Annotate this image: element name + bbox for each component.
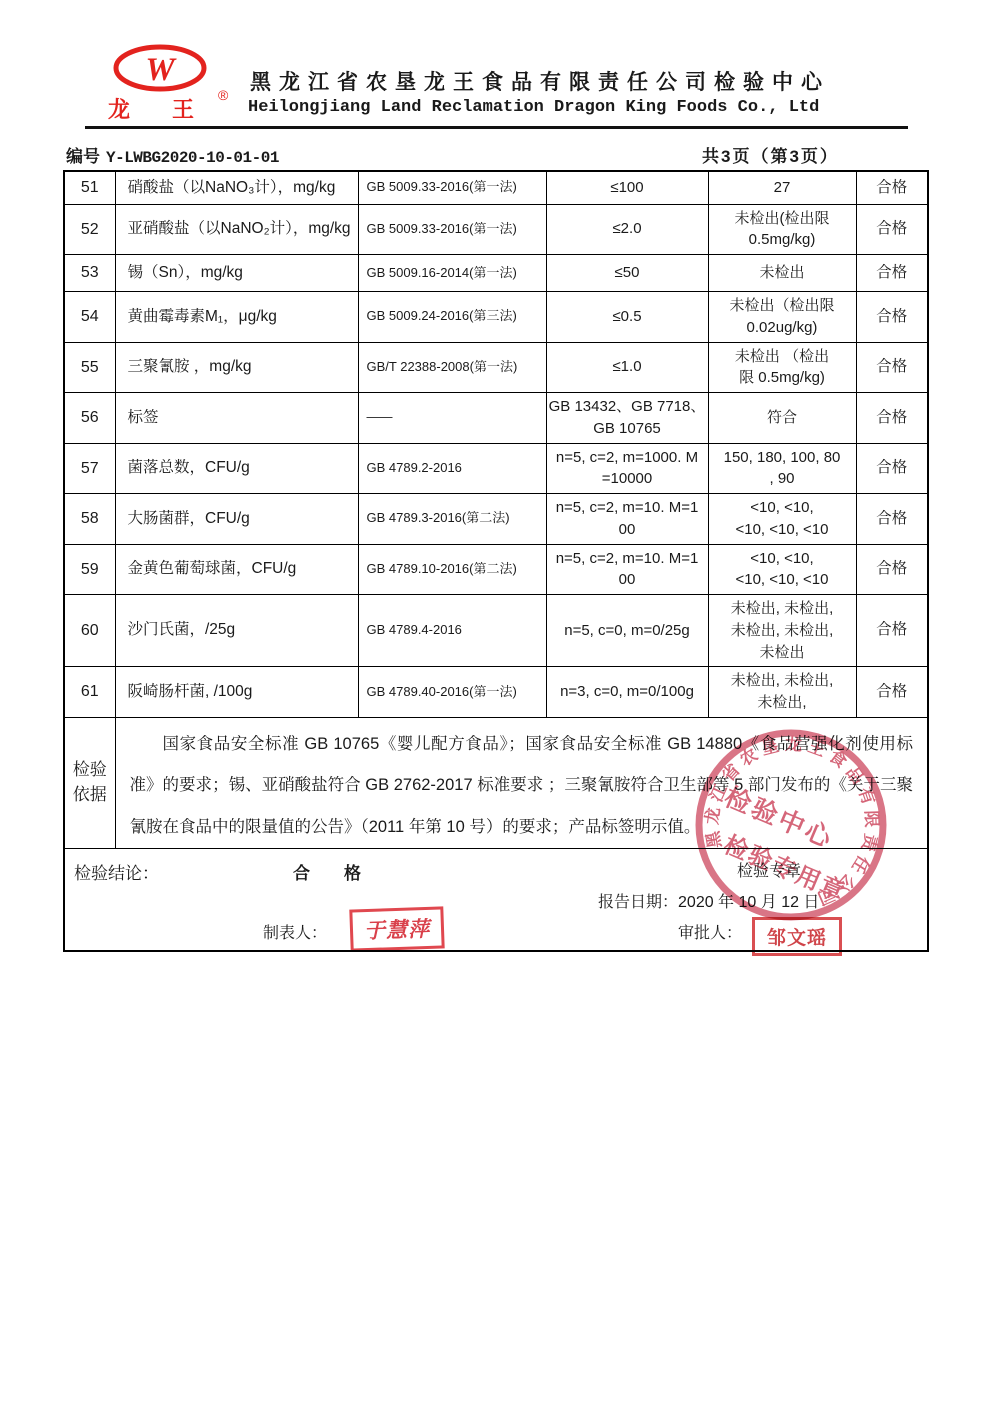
cell-result: <10, <10, <10, <10, <10	[708, 494, 856, 545]
cell-no: 61	[64, 667, 115, 718]
cell-method: GB/T 22388-2008(第一法)	[358, 342, 546, 393]
cell-result: 未检出(检出限 0.5mg/kg)	[708, 204, 856, 255]
cell-limit: n=5, c=0, m=0/25g	[546, 595, 708, 667]
cell-limit: ≤2.0	[546, 204, 708, 255]
cell-method: GB 4789.3-2016(第二法)	[358, 494, 546, 545]
cell-item: 亚硝酸盐（以NaNO₂计），mg/kg	[115, 204, 358, 255]
report-number: 编号Y-LWBG2020-10-01-01	[66, 142, 279, 167]
cell-conclusion: 合格	[856, 393, 928, 444]
cell-method: ——	[358, 393, 546, 444]
cell-result: 未检出, 未检出, 未检出, 未检出, 未检出	[708, 595, 856, 667]
cell-limit: n=5, c=2, m=10. M=1 00	[546, 494, 708, 545]
registered-mark-icon: ®	[218, 87, 229, 103]
table-row: 51硝酸盐（以NaNO₃计），mg/kgGB 5009.33-2016(第一法)…	[64, 171, 928, 204]
table-row: 55三聚氰胺 ，mg/kgGB/T 22388-2008(第一法)≤1.0未检出…	[64, 342, 928, 393]
cell-conclusion: 合格	[856, 342, 928, 393]
cell-conclusion: 合格	[856, 494, 928, 545]
cell-conclusion: 合格	[856, 443, 928, 494]
cell-no: 54	[64, 292, 115, 343]
logo-letter: W	[145, 52, 177, 88]
cell-limit: ≤50	[546, 255, 708, 292]
cell-item: 锡（Sn），mg/kg	[115, 255, 358, 292]
cell-no: 51	[64, 171, 115, 204]
inspection-report-page: W 龙 王 ® 黑龙江省农垦龙王食品有限责任公司检验中心 Heilongjian…	[0, 0, 992, 1403]
report-number-label: 编号	[66, 147, 100, 166]
cell-result: <10, <10, <10, <10, <10	[708, 544, 856, 595]
cell-no: 56	[64, 393, 115, 444]
cell-method: GB 5009.33-2016(第一法)	[358, 204, 546, 255]
cell-result: 未检出 （检出 限 0.5mg/kg)	[708, 342, 856, 393]
cell-no: 60	[64, 595, 115, 667]
page-info: 共3页（第3页）	[702, 142, 839, 167]
table-row: 54黄曲霉毒素M₁，μg/kgGB 5009.24-2016(第三法)≤0.5未…	[64, 292, 928, 343]
table-row: 53锡（Sn），mg/kgGB 5009.16-2014(第一法)≤50未检出合…	[64, 255, 928, 292]
cell-limit: ≤1.0	[546, 342, 708, 393]
cell-item: 阪崎肠杆菌, /100g	[115, 667, 358, 718]
cell-no: 52	[64, 204, 115, 255]
cell-conclusion: 合格	[856, 595, 928, 667]
cell-conclusion: 合格	[856, 204, 928, 255]
cell-method: GB 5009.33-2016(第一法)	[358, 171, 546, 204]
cell-limit: n=5, c=2, m=1000. M =10000	[546, 443, 708, 494]
cell-result: 未检出（检出限 0.02ug/kg)	[708, 292, 856, 343]
cell-result: 符合	[708, 393, 856, 444]
table-row: 59金黄色葡萄球菌，CFU/gGB 4789.10-2016(第二法)n=5, …	[64, 544, 928, 595]
cell-item: 沙门氏菌，/25g	[115, 595, 358, 667]
logo-brand-text: 龙 王	[108, 97, 212, 122]
cell-item: 金黄色葡萄球菌，CFU/g	[115, 544, 358, 595]
cell-no: 58	[64, 494, 115, 545]
conclusion-label: 检验结论：	[74, 862, 159, 887]
cell-item: 三聚氰胺 ，mg/kg	[115, 342, 358, 393]
cell-method: GB 4789.4-2016	[358, 595, 546, 667]
cell-item: 硝酸盐（以NaNO₃计），mg/kg	[115, 171, 358, 204]
inspection-seal-stamp: 黑龙江省农垦龙王食品有限责任公司 检验中心 检验专用章	[676, 706, 908, 942]
cell-limit: ≤0.5	[546, 292, 708, 343]
cell-result: 27	[708, 171, 856, 204]
table-row: 60沙门氏菌，/25gGB 4789.4-2016n=5, c=0, m=0/2…	[64, 595, 928, 667]
cell-no: 55	[64, 342, 115, 393]
cell-limit: GB 13432、GB 7718、 GB 10765	[546, 393, 708, 444]
cell-item: 大肠菌群，CFU/g	[115, 494, 358, 545]
cell-no: 53	[64, 255, 115, 292]
cell-item: 标签	[115, 393, 358, 444]
company-name-cn: 黑龙江省农垦龙王食品有限责任公司检验中心	[250, 66, 850, 96]
table-row: 58大肠菌群，CFU/gGB 4789.3-2016(第二法)n=5, c=2,…	[64, 494, 928, 545]
header-divider	[85, 126, 908, 129]
cell-no: 59	[64, 544, 115, 595]
report-date-label: 报告日期：	[598, 894, 678, 911]
cell-item: 黄曲霉毒素M₁，μg/kg	[115, 292, 358, 343]
cell-conclusion: 合格	[856, 544, 928, 595]
results-table-body: 51硝酸盐（以NaNO₃计），mg/kgGB 5009.33-2016(第一法)…	[64, 171, 928, 717]
dragon-king-logo: W 龙 王 ®	[96, 44, 246, 130]
cell-no: 57	[64, 443, 115, 494]
company-name-en: Heilongjiang Land Reclamation Dragon Kin…	[248, 98, 868, 117]
table-row: 52亚硝酸盐（以NaNO₂计），mg/kgGB 5009.33-2016(第一法…	[64, 204, 928, 255]
cell-conclusion: 合格	[856, 255, 928, 292]
report-number-value: Y-LWBG2020-10-01-01	[106, 149, 279, 167]
cell-method: GB 4789.40-2016(第一法)	[358, 667, 546, 718]
approver-label: 审批人：	[678, 920, 742, 943]
cell-conclusion: 合格	[856, 292, 928, 343]
approver-name-stamp: 邹文瑶	[752, 917, 842, 956]
cell-conclusion: 合格	[856, 171, 928, 204]
preparer-name-stamp: 于慧萍	[349, 906, 444, 951]
basis-label: 检验依据	[64, 717, 115, 849]
cell-item: 菌落总数，CFU/g	[115, 443, 358, 494]
cell-method: GB 4789.2-2016	[358, 443, 546, 494]
preparer-label: 制表人：	[263, 920, 327, 943]
cell-method: GB 4789.10-2016(第二法)	[358, 544, 546, 595]
table-row: 56标签——GB 13432、GB 7718、 GB 10765符合合格	[64, 393, 928, 444]
cell-method: GB 5009.24-2016(第三法)	[358, 292, 546, 343]
conclusion-value: 合 格	[293, 862, 361, 887]
cell-result: 150, 180, 100, 80 , 90	[708, 443, 856, 494]
cell-method: GB 5009.16-2014(第一法)	[358, 255, 546, 292]
cell-limit: ≤100	[546, 171, 708, 204]
cell-limit: n=5, c=2, m=10. M=1 00	[546, 544, 708, 595]
table-row: 57菌落总数，CFU/gGB 4789.2-2016n=5, c=2, m=10…	[64, 443, 928, 494]
cell-result: 未检出	[708, 255, 856, 292]
